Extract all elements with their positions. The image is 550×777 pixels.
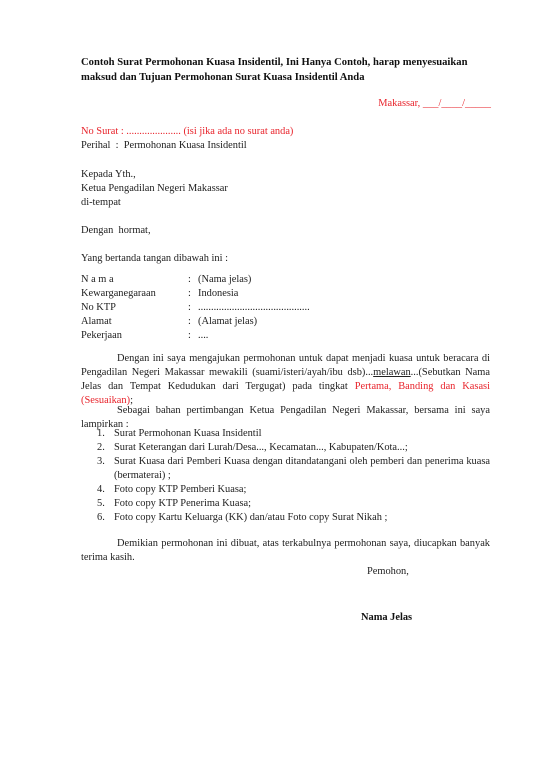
list-text: Surat Kuasa dari Pemberi Kuasa dengan di…	[114, 455, 490, 483]
list-text: Surat Keterangan dari Lurah/Desa..., Kec…	[114, 441, 490, 455]
greeting: Dengan hormat,	[81, 224, 151, 238]
list-item: 3.Surat Kuasa dari Pemberi Kuasa dengan …	[97, 455, 490, 483]
identity-label: No KTP	[81, 301, 188, 315]
recipient-line-3: di-tempat	[81, 196, 121, 210]
list-text: Foto copy Kartu Keluarga (KK) dan/atau F…	[114, 511, 490, 525]
identity-label: Alamat	[81, 315, 188, 329]
identity-value: (Alamat jelas)	[198, 316, 257, 327]
list-number: 1.	[97, 427, 114, 441]
no-surat: No Surat : ..................... (isi ji…	[81, 125, 293, 139]
document-title: Contoh Surat Permohonan Kuasa Insidentil…	[81, 55, 491, 85]
identity-label: Pekerjaan	[81, 329, 188, 343]
identity-row-nama: N a m a:(Nama jelas)	[81, 273, 310, 287]
sign-label: Pemohon,	[367, 565, 409, 579]
document-page: Contoh Surat Permohonan Kuasa Insidentil…	[0, 0, 550, 777]
date-line: Makassar, ___/____/_____	[378, 97, 491, 111]
list-item: 1.Surat Permohonan Kuasa Insidentil	[97, 427, 490, 441]
paragraph-closing: Demikian permohonan ini dibuat, atas ter…	[81, 537, 490, 565]
list-text: Foto copy KTP Pemberi Kuasa;	[114, 483, 490, 497]
list-number: 5.	[97, 497, 114, 511]
paragraph-request: Dengan ini saya mengajukan permohonan un…	[81, 352, 490, 408]
list-number: 2.	[97, 441, 114, 455]
list-item: 4.Foto copy KTP Pemberi Kuasa;	[97, 483, 490, 497]
recipient-line-2: Ketua Pengadilan Negeri Makassar	[81, 182, 228, 196]
perihal: Perihal : Permohonan Kuasa Insidentil	[81, 139, 247, 153]
signer-name: Nama Jelas	[361, 611, 412, 625]
identity-row-alamat: Alamat:(Alamat jelas)	[81, 315, 310, 329]
identity-row-ktp: No KTP:.................................…	[81, 301, 310, 315]
identity-value: (Nama jelas)	[198, 274, 251, 285]
intro: Yang bertanda tangan dibawah ini :	[81, 252, 228, 266]
identity-value: ....	[198, 330, 208, 341]
identity-row-kewarganegaraan: Kewarganegaraan:Indonesia	[81, 287, 310, 301]
list-item: 2.Surat Keterangan dari Lurah/Desa..., K…	[97, 441, 490, 455]
list-number: 3.	[97, 455, 114, 483]
recipient-line-1: Kepada Yth.,	[81, 168, 136, 182]
list-number: 6.	[97, 511, 114, 525]
identity-value: ........................................…	[198, 302, 310, 313]
identity-row-pekerjaan: Pekerjaan:....	[81, 329, 310, 343]
identity-value: Indonesia	[198, 288, 238, 299]
list-item: 5.Foto copy KTP Penerima Kuasa;	[97, 497, 490, 511]
attachments-list: 1.Surat Permohonan Kuasa Insidentil 2.Su…	[97, 427, 490, 525]
list-number: 4.	[97, 483, 114, 497]
list-text: Surat Permohonan Kuasa Insidentil	[114, 427, 490, 441]
identity-table: N a m a:(Nama jelas) Kewarganegaraan:Ind…	[81, 273, 310, 343]
identity-label: N a m a	[81, 273, 188, 287]
list-item: 6.Foto copy Kartu Keluarga (KK) dan/atau…	[97, 511, 490, 525]
underlined-text: melawan	[373, 367, 411, 378]
list-text: Foto copy KTP Penerima Kuasa;	[114, 497, 490, 511]
identity-label: Kewarganegaraan	[81, 287, 188, 301]
